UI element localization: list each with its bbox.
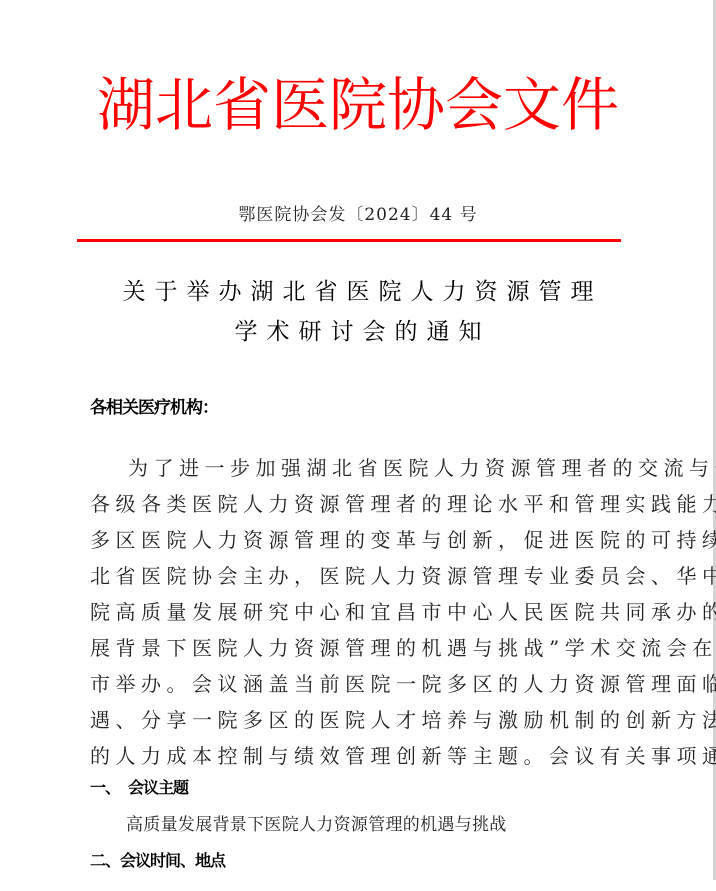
red-divider-line — [77, 239, 621, 242]
notice-title-line-1: 关于举办湖北省医院人力资源管理 — [0, 272, 716, 312]
notice-title-line-2: 学术研讨会的通知 — [0, 312, 716, 352]
section-number: 二、 — [90, 849, 120, 873]
body-paragraph: 为了进一步加强湖北省医院人力资源管理者的交流与合作，提升 各级各类医院人力资源管… — [90, 450, 635, 774]
section-title: 会议时间、地点 — [120, 851, 225, 870]
salutation: 各相关医疗机构： — [90, 396, 218, 420]
section-number: 一、 — [90, 776, 128, 800]
body-line: 遇、分享一院多区的医院人才培养与激励机制的创新方法、一院多区 — [90, 702, 635, 738]
section-title: 会议主题 — [128, 778, 188, 797]
document-number: 鄂医院协会发〔2024〕44 号 — [0, 203, 716, 227]
body-line: 各级各类医院人力资源管理者的理论水平和管理实践能力，促进一院 — [90, 486, 635, 522]
section-heading-1: 一、会议主题 — [90, 776, 188, 800]
notice-title: 关于举办湖北省医院人力资源管理 学术研讨会的通知 — [0, 272, 716, 352]
body-line: 为了进一步加强湖北省医院人力资源管理者的交流与合作，提升 — [90, 450, 635, 486]
body-line: 北省医院协会主办，医院人力资源管理专业委员会、华中科技大学医 — [90, 558, 635, 594]
body-line: 院高质量发展研究中心和宜昌市中心人民医院共同承办的“高质量发 — [90, 594, 635, 630]
section-1-content: 高质量发展背景下医院人力资源管理的机遇与挑战 — [126, 813, 507, 837]
body-line: 展背景下医院人力资源管理的机遇与挑战”学术交流会在湖北省宜昌 — [90, 630, 635, 666]
document-masthead: 湖北省医院协会文件 — [0, 60, 716, 150]
body-line: 的人力成本控制与绩效管理创新等主题。会议有关事项通知如下： — [90, 738, 635, 774]
body-line: 市举办。会议涵盖当前医院一院多区的人力资源管理面临的挑战与机 — [90, 666, 635, 702]
section-heading-2: 二、会议时间、地点 — [90, 849, 225, 873]
body-line: 多区医院人力资源管理的变革与创新，促进医院的可持续发展，由湖 — [90, 522, 635, 558]
